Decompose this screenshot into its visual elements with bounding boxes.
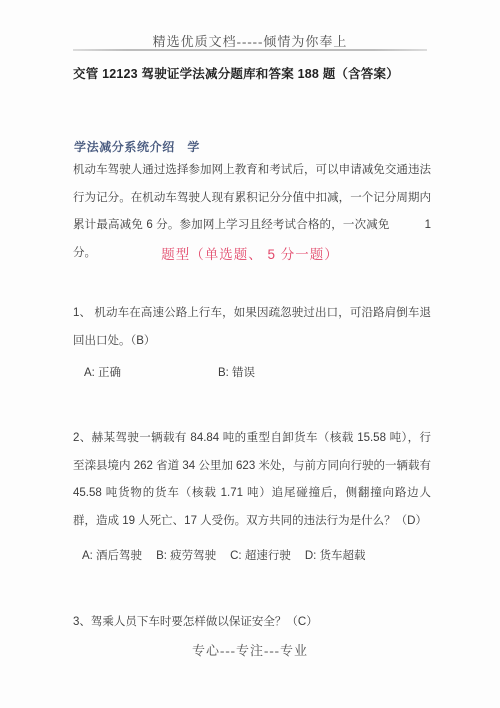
question-1-option-b: B: 错误 — [218, 367, 255, 379]
document-title: 交管 12123 驾驶证学法减分题库和答案 188 题（含答案） — [73, 64, 433, 82]
question-2-text: 2、赫某驾驶一辆载有 84.84 吨的重型自卸货车（核载 15.58 吨），行至… — [73, 425, 431, 535]
question-type-note: 题型（单选题、 5 分一题） — [0, 243, 500, 263]
page-footer: 专心---专注---专业 — [0, 640, 500, 659]
question-1-options: A: 正确B: 错误 — [84, 364, 255, 380]
question-2-options: A: 酒后驾驶B: 疲劳驾驶C: 超速行驶D: 货车超载 — [82, 547, 366, 563]
question-2-option-d: D: 货车超载 — [305, 550, 366, 562]
page-header-banner: 精选优质文档-----倾情为你奉上 — [0, 31, 500, 50]
question-1-option-a: A: 正确 — [84, 364, 218, 380]
question-2-option-a: A: 酒后驾驶 — [82, 550, 142, 562]
question-3-text: 3、驾乘人员下车时要怎样做以保证安全？（C） — [73, 613, 431, 631]
document-page: 精选优质文档-----倾情为你奉上 交管 12123 驾驶证学法减分题库和答案 … — [0, 0, 500, 708]
section-heading-intro: 学法减分系统介绍 学 — [74, 138, 200, 155]
header-divider-line — [73, 49, 427, 51]
question-1-text: 1、 机动车在高速公路上行车，如果因疏忽驶过出口，可沿路肩倒车退回出口处。（B） — [73, 300, 431, 355]
question-2-option-c: C: 超速行驶 — [230, 550, 291, 562]
question-2-option-b: B: 疲劳驾驶 — [156, 550, 216, 562]
